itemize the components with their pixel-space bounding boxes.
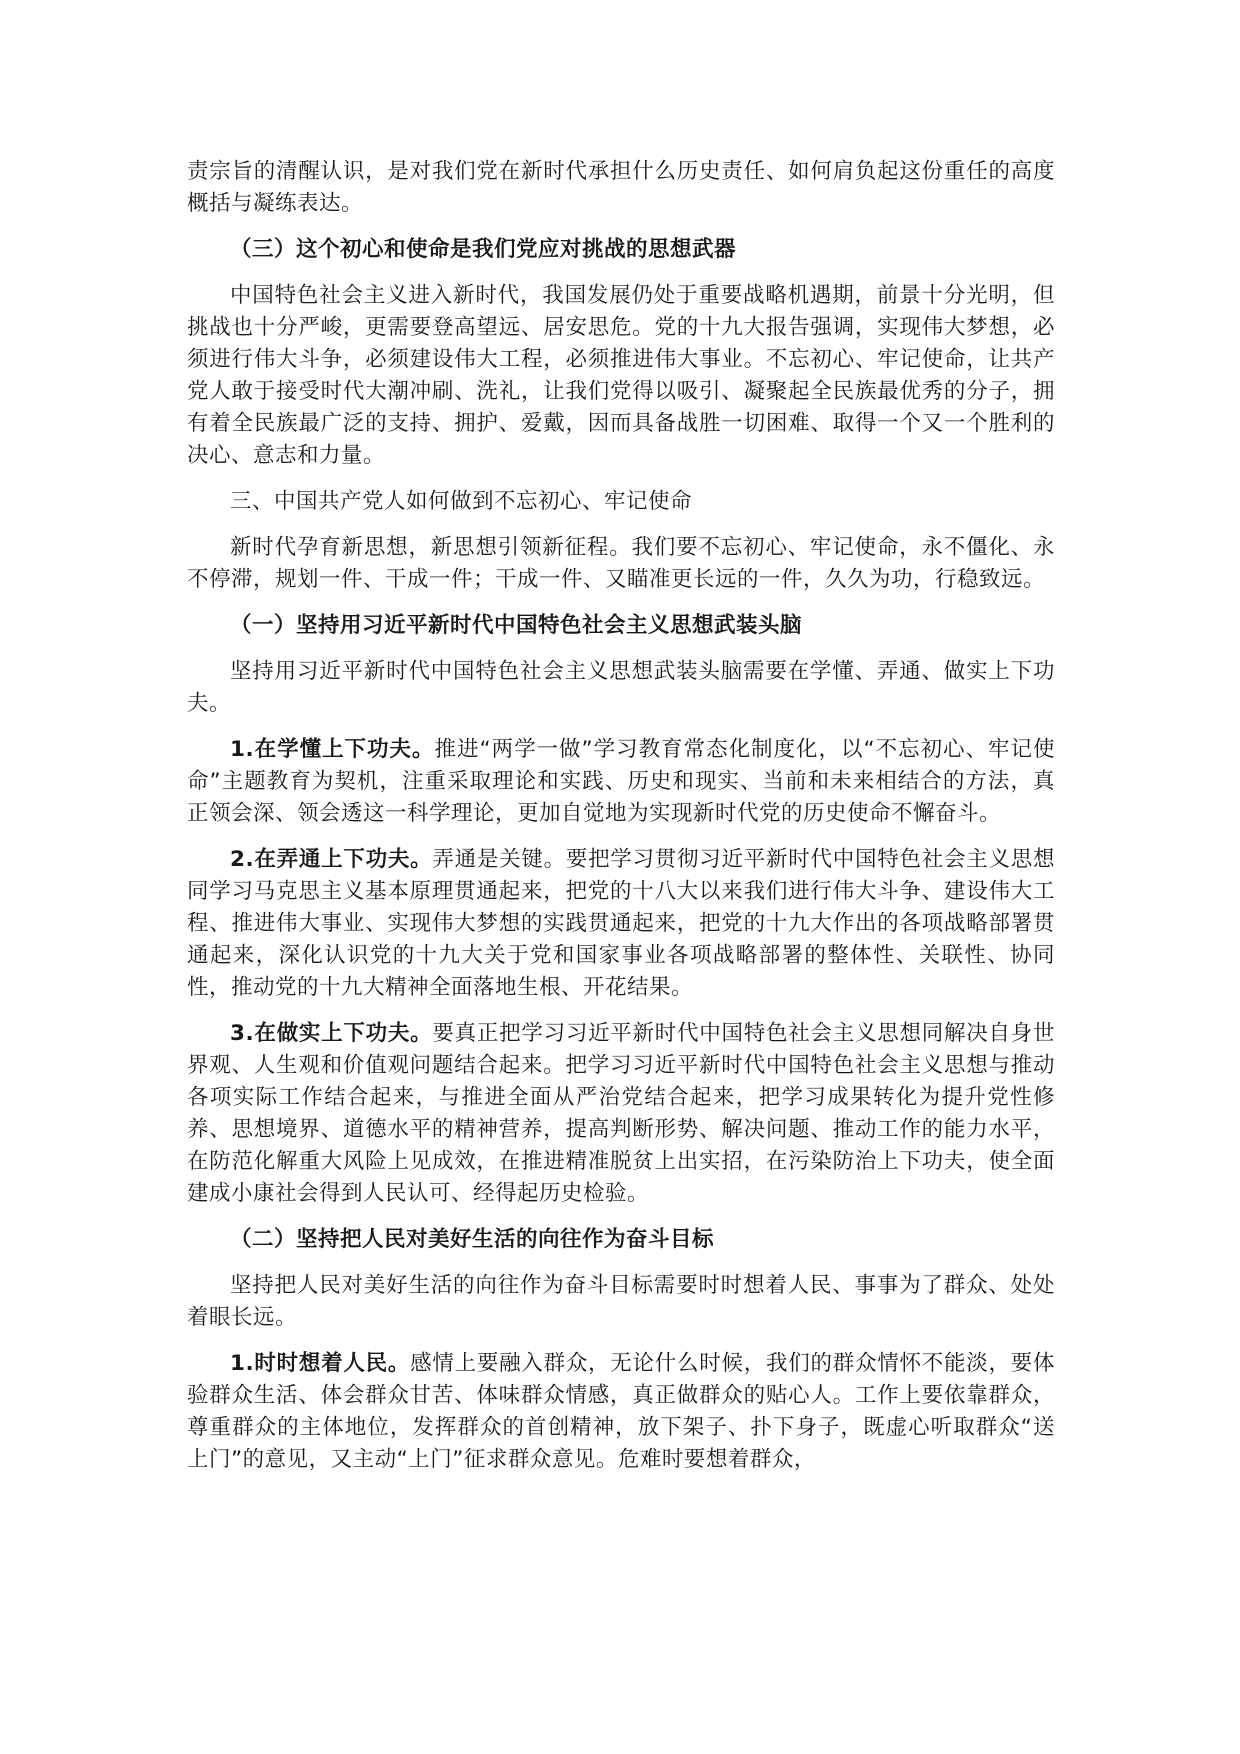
point-lead: 3.在做实上下功夫。 [230, 1021, 432, 1046]
paragraph-continuation: 责宗旨的清醒认识，是对我们党在新时代承担什么历史责任、如何肩负起这份重任的高度概… [187, 156, 1055, 220]
subheading-1: （一）坚持用习近平新时代中国特色社会主义思想武装头脑 [187, 610, 1055, 642]
paragraph-challenges: 中国特色社会主义进入新时代，我国发展仍处于重要战略机遇期，前景十分光明，但挑战也… [187, 280, 1055, 472]
document-page: 责宗旨的清醒认识，是对我们党在新时代承担什么历史责任、如何肩负起这份重任的高度概… [187, 156, 1055, 1476]
paragraph-point-2-understand: 2.在弄通上下功夫。弄通是关键。要把学习贯彻习近平新时代中国特色社会主义思想同学… [187, 844, 1055, 1004]
paragraph-point-1-people: 1.时时想着人民。感情上要融入群众，无论什么时候，我们的群众情怀不能淡，要体验群… [187, 1348, 1055, 1476]
paragraph-point-3-practice: 3.在做实上下功夫。要真正把学习习近平新时代中国特色社会主义思想同解决自身世界观… [187, 1018, 1055, 1210]
paragraph-new-era: 新时代孕育新思想，新思想引领新征程。我们要不忘初心、牢记使命，永不僵化、永不停滞… [187, 532, 1055, 596]
section-heading-3: 三、中国共产党人如何做到不忘初心、牢记使命 [187, 486, 1055, 518]
subheading-2: （二）坚持把人民对美好生活的向往作为奋斗目标 [187, 1224, 1055, 1256]
point-lead: 1.在学懂上下功夫。 [230, 737, 435, 762]
paragraph-arm-minds: 坚持用习近平新时代中国特色社会主义思想武装头脑需要在学懂、弄通、做实上下功夫。 [187, 656, 1055, 720]
point-body: 要真正把学习习近平新时代中国特色社会主义思想同解决自身世界观、人生观和价值观问题… [187, 1021, 1055, 1206]
paragraph-point-1-study: 1.在学懂上下功夫。推进“两学一做”学习教育常态化制度化，以“不忘初心、牢记使命… [187, 734, 1055, 830]
point-lead: 1.时时想着人民。 [230, 1351, 410, 1376]
point-lead: 2.在弄通上下功夫。 [230, 847, 432, 872]
paragraph-people-goal: 坚持把人民对美好生活的向往作为奋斗目标需要时时想着人民、事事为了群众、处处着眼长… [187, 1270, 1055, 1334]
subheading-3: （三）这个初心和使命是我们党应对挑战的思想武器 [187, 234, 1055, 266]
